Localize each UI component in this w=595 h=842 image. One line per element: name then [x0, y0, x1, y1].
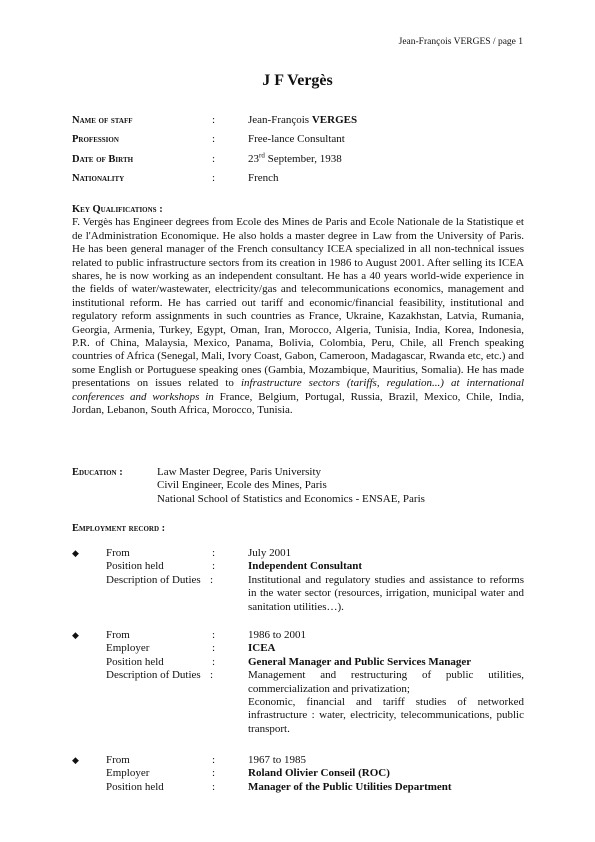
job-entry: ◆ From:July 2001 Position held:Independe… [72, 547, 524, 614]
job-row: Employer:Roland Olivier Conseil (ROC) [72, 767, 524, 780]
row-value: Management and restructuring of public u… [248, 669, 524, 696]
section-heading: Employment record : [72, 522, 165, 535]
row-label: Position held [106, 560, 164, 573]
row-label: Description of Duties [106, 669, 201, 682]
key-qualifications-section: Key Qualifications : F. Vergès has Engin… [72, 203, 524, 418]
row-label: Employer [106, 767, 149, 780]
job-row: From:July 2001 [72, 547, 524, 560]
text-part: F. Vergès has Engineer degrees from Ecol… [72, 216, 524, 389]
row-label: Description of Duties [106, 574, 201, 587]
row-colon: : [212, 642, 215, 655]
info-row-name: Name of staff : Jean-François VERGES [72, 114, 532, 128]
dob-rest: September, 1938 [265, 153, 342, 165]
job-row: From:1986 to 2001 [72, 629, 524, 642]
row-label: Position held [106, 781, 164, 794]
row-value: ICEA [248, 642, 524, 655]
education-item: Law Master Degree, Paris University [157, 466, 537, 479]
row-colon: : [212, 754, 215, 767]
value-bold: VERGES [312, 114, 357, 126]
info-label: Date of Birth [72, 153, 133, 166]
education-list: Law Master Degree, Paris University Civi… [157, 466, 537, 506]
info-row-profession: Profession : Free-lance Consultant [72, 133, 532, 147]
info-colon: : [212, 153, 215, 166]
row-value: July 2001 [248, 547, 524, 560]
job-entry: ◆ From:1967 to 1985 Employer:Roland Oliv… [72, 754, 524, 794]
education-item: Civil Engineer, Ecole des Mines, Paris [157, 479, 537, 492]
row-label: Position held [106, 656, 164, 669]
row-value: Economic, financial and tariff studies o… [248, 696, 524, 736]
section-heading: Education : [72, 466, 123, 479]
row-value: General Manager and Public Services Mana… [248, 656, 524, 669]
info-colon: : [212, 114, 215, 127]
info-value: Jean-François VERGES [248, 114, 357, 127]
info-colon: : [212, 133, 215, 146]
job-row: Employer:ICEA [72, 642, 524, 655]
row-value: Independent Consultant [248, 560, 524, 573]
row-value: 1986 to 2001 [248, 629, 524, 642]
row-colon: : [210, 574, 213, 587]
row-value: Roland Olivier Conseil (ROC) [248, 767, 524, 780]
running-header: Jean-François VERGES / page 1 [399, 36, 523, 49]
education-item: National School of Statistics and Econom… [157, 493, 537, 506]
info-label: Name of staff [72, 114, 133, 127]
section-heading: Key Qualifications : [72, 203, 524, 216]
job-row: Position held:Manager of the Public Util… [72, 781, 524, 794]
document-title: J F Vergès [0, 74, 595, 87]
row-value: Institutional and regulatory studies and… [248, 574, 524, 614]
row-label: From [106, 629, 130, 642]
job-entry: ◆ From:1986 to 2001 Employer:ICEA Positi… [72, 629, 524, 736]
row-value: 1967 to 1985 [248, 754, 524, 767]
info-label: Profession [72, 133, 119, 146]
row-colon: : [212, 547, 215, 560]
row-colon: : [210, 669, 213, 682]
row-label: Employer [106, 642, 149, 655]
job-row: Position held:Independent Consultant [72, 560, 524, 573]
row-label: From [106, 754, 130, 767]
row-colon: : [212, 656, 215, 669]
info-value: French [248, 172, 279, 185]
row-colon: : [212, 781, 215, 794]
info-value: 23rd September, 1938 [248, 153, 342, 166]
row-colon: : [212, 560, 215, 573]
row-colon: : [212, 629, 215, 642]
row-label: From [106, 547, 130, 560]
job-row: From:1967 to 1985 [72, 754, 524, 767]
job-row: Description of Duties:Management and res… [72, 669, 524, 736]
info-row-dob: Date of Birth : 23rd September, 1938 [72, 153, 532, 167]
value-prefix: Jean-François [248, 114, 312, 126]
info-colon: : [212, 172, 215, 185]
dob-day: 23 [248, 153, 259, 165]
info-row-nationality: Nationality : French [72, 172, 532, 186]
row-value: Manager of the Public Utilities Departme… [248, 781, 524, 794]
job-row: Description of Duties:Institutional and … [72, 574, 524, 614]
info-value: Free-lance Consultant [248, 133, 345, 146]
info-label: Nationality [72, 172, 124, 185]
job-row: Position held:General Manager and Public… [72, 656, 524, 669]
key-qualifications-text: F. Vergès has Engineer degrees from Ecol… [72, 216, 524, 417]
row-colon: : [212, 767, 215, 780]
